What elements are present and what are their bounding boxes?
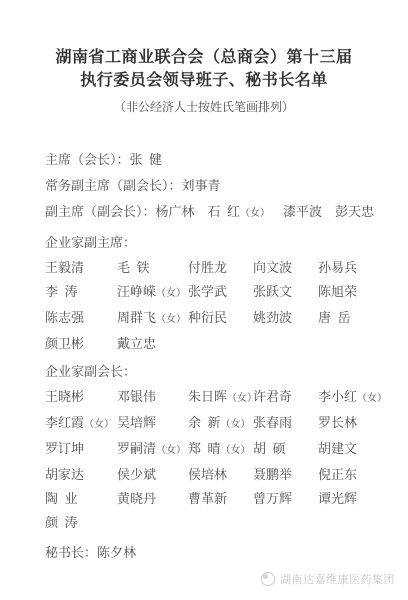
female-marker: （女） [240,208,270,219]
name-row: 王晓彬邓银伟朱日晖（女）许君奇李小红（女） [45,385,380,411]
name-row: 颜 涛 [45,511,380,535]
person-name: 侯少斌 [117,467,156,482]
document-title-line1: 湖南省工商业联合会（总商会）第十三届 [0,46,408,69]
name-cell: 黄晓丹 [117,487,188,511]
person-name: 李红霞（女） [45,415,114,430]
name-cell: 聂鹏举 [253,463,318,487]
person-name: 罗嗣清（女） [117,441,186,456]
person-name: 张学武 [188,284,227,299]
name-cell: 孙易兵 [318,256,380,280]
person-name: 石 红（女） [208,204,271,219]
person-name: 刘事青 [182,178,221,193]
name-cell: 张学武 [188,280,253,306]
person-name: 胡 硕 [253,441,286,456]
name-cell: 王晓彬 [45,385,117,411]
name-cell: 姚劲波 [253,306,318,332]
female-marker: （女） [156,445,186,456]
line-label: 常务副主席（副会长）： [45,178,182,193]
name-cell: 陈志强 [45,306,117,332]
leader-line: 主席（会长）：张 健 [45,147,380,173]
person-name: 周群飞（女） [117,310,186,325]
name-row: 李红霞（女）吴培辉余 新（女）张春雨罗长林 [45,411,380,437]
name-cell: 倪正东 [318,463,380,487]
document-title-line2: 执行委员会领导班子、秘书长名单 [0,69,408,92]
line-label: 秘书长： [45,545,97,560]
person-name: 种衍民 [188,310,227,325]
name-row: 罗订坤罗嗣清（女）郑 晴（女）胡 硕胡建文 [45,437,380,463]
name-cell: 唐 岳 [318,306,380,332]
line-label: 副主席（副会长）： [45,204,156,219]
person-name: 颜 涛 [45,515,78,530]
name-cell: 向文波 [253,256,318,280]
female-marker: （女） [357,393,387,404]
section-label: 企业家副会长： [45,359,380,385]
person-name: 向文波 [253,260,292,275]
person-name: 陈志强 [45,310,84,325]
person-name: 胡建文 [318,441,357,456]
watermark: 湖南达嘉维康医药集团 [261,571,395,587]
leader-line: 副主席（副会长）：杨广林石 红（女）漆平波彭天忠 [45,199,380,227]
person-name: 彭天忠 [335,204,374,219]
person-name: 倪正东 [318,467,357,482]
leader-line: 常务副主席（副会长）：刘事青 [45,173,380,199]
person-name: 许君奇 [253,389,292,404]
name-row: 胡家达侯少斌侯培林聂鹏举倪正东 [45,463,380,487]
person-name: 余 新（女） [188,415,251,430]
person-name: 邓银伟 [117,389,156,404]
person-name: 曾万辉 [253,491,292,506]
name-cell: 周群飞（女） [117,306,188,332]
person-name: 黄晓丹 [117,491,156,506]
female-marker: （女） [84,419,114,430]
name-row: 李 涛汪峥嵘（女）张学武张跃文陈旭荣 [45,280,380,306]
person-name: 唐 岳 [318,310,351,325]
member-sections: 企业家副主席：王毅清毛 铁付胜龙向文波孙易兵李 涛汪峥嵘（女）张学武张跃文陈旭荣… [45,230,380,535]
company-logo-icon [261,572,275,586]
person-name: 付胜龙 [188,260,227,275]
name-cell: 毛 铁 [117,256,188,280]
name-cell: 曾万辉 [253,487,318,511]
name-row: 王毅清毛 铁付胜龙向文波孙易兵 [45,256,380,280]
person-name: 张跃文 [253,284,292,299]
leader-line: 秘书长：陈夕林 [45,540,380,566]
person-name: 孙易兵 [318,260,357,275]
person-name: 陈旭荣 [318,284,357,299]
person-name: 杨广林 [156,204,195,219]
name-row: 颜卫彬戴立忠 [45,332,380,356]
person-name: 颜卫彬 [45,336,84,351]
name-cell: 王毅清 [45,256,117,280]
person-name: 王毅清 [45,260,84,275]
line-label: 主席（会长）： [45,152,130,167]
name-cell: 陶 业 [45,487,117,511]
name-cell: 朱日晖（女） [188,385,253,411]
person-name: 聂鹏举 [253,467,292,482]
person-name: 戴立忠 [117,336,156,351]
person-name: 张 健 [130,152,163,167]
person-name: 李 涛 [45,284,78,299]
watermark-text: 湖南达嘉维康医药集团 [280,571,395,587]
person-name: 汪峥嵘（女） [117,284,186,299]
person-name: 朱日晖（女） [188,389,257,404]
name-cell: 付胜龙 [188,256,253,280]
female-marker: （女） [156,314,186,325]
name-cell: 曹革新 [188,487,253,511]
name-cell: 张春雨 [253,411,318,437]
name-cell: 许君奇 [253,385,318,411]
person-name: 谭光辉 [318,491,357,506]
female-marker: （女） [221,419,251,430]
person-name: 陈夕林 [97,545,136,560]
name-grid: 王毅清毛 铁付胜龙向文波孙易兵李 涛汪峥嵘（女）张学武张跃文陈旭荣陈志强周群飞（… [45,256,380,356]
person-name: 罗长林 [318,415,357,430]
member-section: 企业家副会长：王晓彬邓银伟朱日晖（女）许君奇李小红（女）李红霞（女）吴培辉余 新… [45,359,380,535]
person-name: 王晓彬 [45,389,84,404]
name-cell: 颜 涛 [45,511,117,535]
name-cell: 胡家达 [45,463,117,487]
member-section: 企业家副主席：王毅清毛 铁付胜龙向文波孙易兵李 涛汪峥嵘（女）张学武张跃文陈旭荣… [45,230,380,356]
person-name: 陶 业 [45,491,78,506]
name-cell: 罗嗣清（女） [117,437,188,463]
person-name: 姚劲波 [253,310,292,325]
female-marker: （女） [221,445,251,456]
name-cell: 余 新（女） [188,411,253,437]
name-cell: 张跃文 [253,280,318,306]
name-cell: 邓银伟 [117,385,188,411]
name-cell: 种衍民 [188,306,253,332]
name-row: 陶 业黄晓丹曹革新曾万辉谭光辉 [45,487,380,511]
name-cell: 侯少斌 [117,463,188,487]
name-cell: 吴培辉 [117,411,188,437]
person-name: 毛 铁 [117,260,150,275]
name-cell: 颜卫彬 [45,332,117,356]
name-cell: 胡 硕 [253,437,318,463]
name-cell: 罗长林 [318,411,380,437]
name-cell: 戴立忠 [117,332,188,356]
person-name: 李小红（女） [318,389,387,404]
leader-lines: 主席（会长）：张 健常务副主席（副会长）：刘事青副主席（副会长）：杨广林石 红（… [45,147,380,227]
document-page: 湖南省工商业联合会（总商会）第十三届 执行委员会领导班子、秘书长名单 （非公经济… [0,0,408,600]
name-cell: 郑 晴（女） [188,437,253,463]
name-cell: 李红霞（女） [45,411,117,437]
name-cell: 李 涛 [45,280,117,306]
name-row: 陈志强周群飞（女）种衍民姚劲波唐 岳 [45,306,380,332]
name-cell: 谭光辉 [318,487,380,511]
person-name: 侯培林 [188,467,227,482]
person-name: 罗订坤 [45,441,84,456]
female-marker: （女） [156,288,186,299]
name-grid: 王晓彬邓银伟朱日晖（女）许君奇李小红（女）李红霞（女）吴培辉余 新（女）张春雨罗… [45,385,380,535]
person-name: 郑 晴（女） [188,441,251,456]
name-cell: 汪峥嵘（女） [117,280,188,306]
name-cell: 胡建文 [318,437,380,463]
section-label: 企业家副主席： [45,230,380,256]
person-name: 曹革新 [188,491,227,506]
person-name: 胡家达 [45,467,84,482]
document-subtitle: （非公经济人士按姓氏笔画排列） [0,99,408,115]
person-name: 吴培辉 [117,415,156,430]
name-cell: 陈旭荣 [318,280,380,306]
person-name: 张春雨 [253,415,292,430]
name-cell: 李小红（女） [318,385,387,411]
secretary-line: 秘书长：陈夕林 [45,540,380,566]
name-cell: 罗订坤 [45,437,117,463]
person-name: 漆平波 [283,204,322,219]
name-cell: 侯培林 [188,463,253,487]
